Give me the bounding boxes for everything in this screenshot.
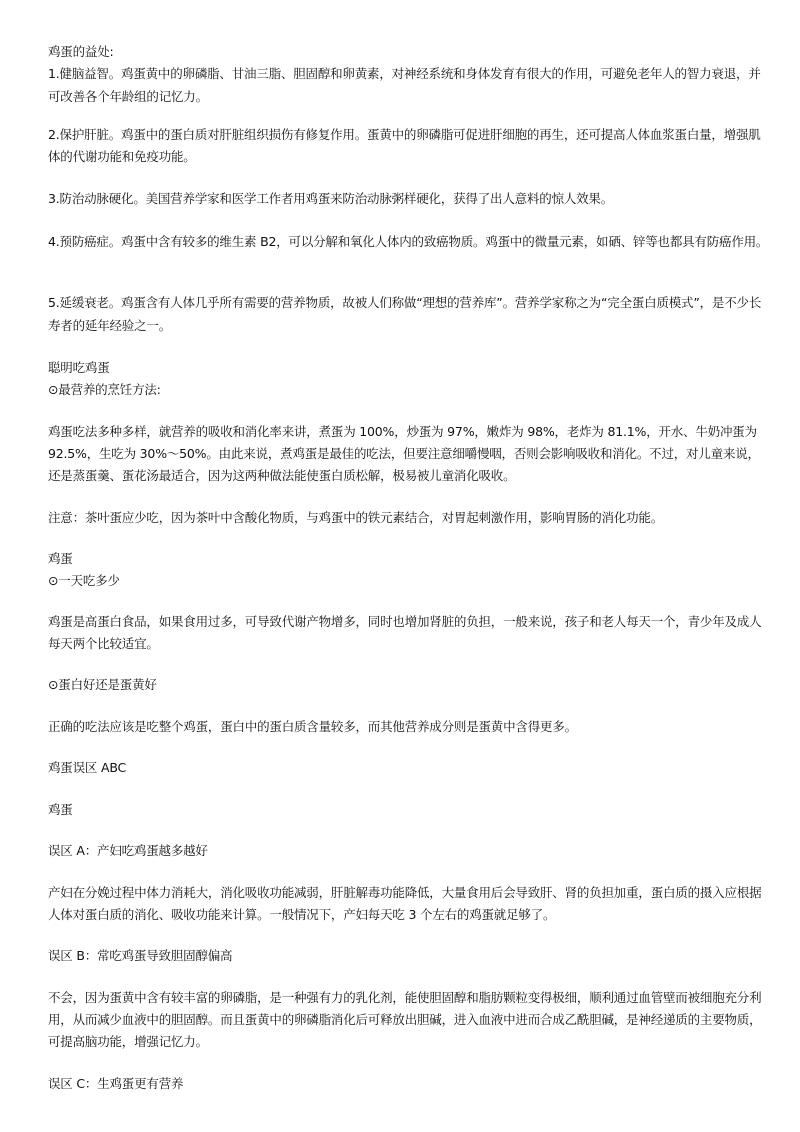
daily-para-line-2: 每天两个比较适宜。 [48,636,159,652]
myth-b-para-line-3: 可提高脑功能，增强记忆力。 [48,1034,208,1050]
myth-a-para-line-1: 产妇在分娩过程中体力消耗大，消化吸收功能减弱，肝脏解毒功能降低，大量食用后会导致… [48,885,761,901]
section-title-smart-eating: 聪明吃鸡蛋 [48,360,110,376]
cooking-para-line-1: 鸡蛋吃法多种多样，就营养的吸收和消化率来讲，煮蛋为 100%，炒蛋为 97%，嫩… [48,424,757,440]
heading-daily-amount: ⊙一天吃多少 [48,573,120,589]
cooking-para-line-3: 还是蒸蛋羹、蛋花汤最适合，因为这两种做法能使蛋白质松解，极易被儿童消化吸收。 [48,468,515,484]
cooking-para-line-2: 92.5%，生吃为 30%～50%。由此来说，煮鸡蛋是最佳的吃法，但要注意细嚼慢… [48,446,760,462]
myth-a-para-line-2: 人体对蛋白质的消化、吸收功能来计算。一般情况下，产妇每天吃 3 个左右的鸡蛋就足… [48,907,555,923]
benefit-5-line-1: 5.延缓衰老。鸡蛋含有人体几乎所有需要的营养物质，故被人们称做“理想的营养库”。… [48,295,761,311]
heading-cooking-method: ⊙最营养的烹饪方法: [48,382,161,398]
benefit-4-line-1: 4.预防癌症。鸡蛋中含有较多的维生素 B2，可以分解和氧化人体内的致癌物质。鸡蛋… [48,234,768,250]
daily-para-line-1: 鸡蛋是高蛋白食品，如果食用过多，可导致代谢产物增多，同时也增加肾脏的负担，一般来… [48,614,761,630]
myth-b-para-line-1: 不会，因为蛋黄中含有较丰富的卵磷脂，是一种强有力的乳化剂，能使胆固醇和脂肪颗粒变… [48,990,761,1006]
benefit-1-line-2: 可改善各个年龄组的记忆力。 [48,89,208,105]
heading-white-vs-yolk: ⊙蛋白好还是蛋黄好 [48,677,157,693]
benefit-2-line-2: 体的代谢功能和免疫功能。 [48,149,196,165]
section-title-myths: 鸡蛋误区 ABC [48,760,126,776]
note-paragraph: 注意：茶叶蛋应少吃，因为茶叶中含酸化物质，与鸡蛋中的铁元素结合，对胃起刺激作用，… [48,510,663,526]
benefit-3-line-1: 3.防治动脉硬化。美国营养学家和医学工作者用鸡蛋来防治动脉粥样硬化，获得了出人意… [48,191,613,207]
heading-myth-a: 误区 A：产妇吃鸡蛋越多越好 [48,843,208,859]
heading-myth-c: 误区 C：生鸡蛋更有营养 [48,1076,183,1092]
myth-b-para-line-2: 用，从而减少血液中的胆固醇。而且蛋黄中的卵磷脂消化后可释放出胆碱，进入血液中进而… [48,1012,761,1028]
white-yolk-paragraph: 正确的吃法应该是吃整个鸡蛋，蛋白中的蛋白质含量较多，而其他营养成分则是蛋黄中含得… [48,719,577,735]
benefit-1-line-1: 1.健脑益智。鸡蛋黄中的卵磷脂、甘油三脂、胆固醇和卵黄素，对神经系统和身体发育有… [48,66,761,82]
label-egg-1: 鸡蛋 [48,551,73,567]
heading-myth-b: 误区 B：常吃鸡蛋导致胆固醇偏高 [48,948,232,964]
benefit-5-line-2: 寿者的延年经验之一。 [48,318,171,334]
section-title-benefits: 鸡蛋的益处: [48,44,114,60]
benefit-2-line-1: 2.保护肝脏。鸡蛋中的蛋白质对肝脏组织损伤有修复作用。蛋黄中的卵磷脂可促进肝细胞… [48,127,761,143]
label-egg-2: 鸡蛋 [48,802,73,818]
